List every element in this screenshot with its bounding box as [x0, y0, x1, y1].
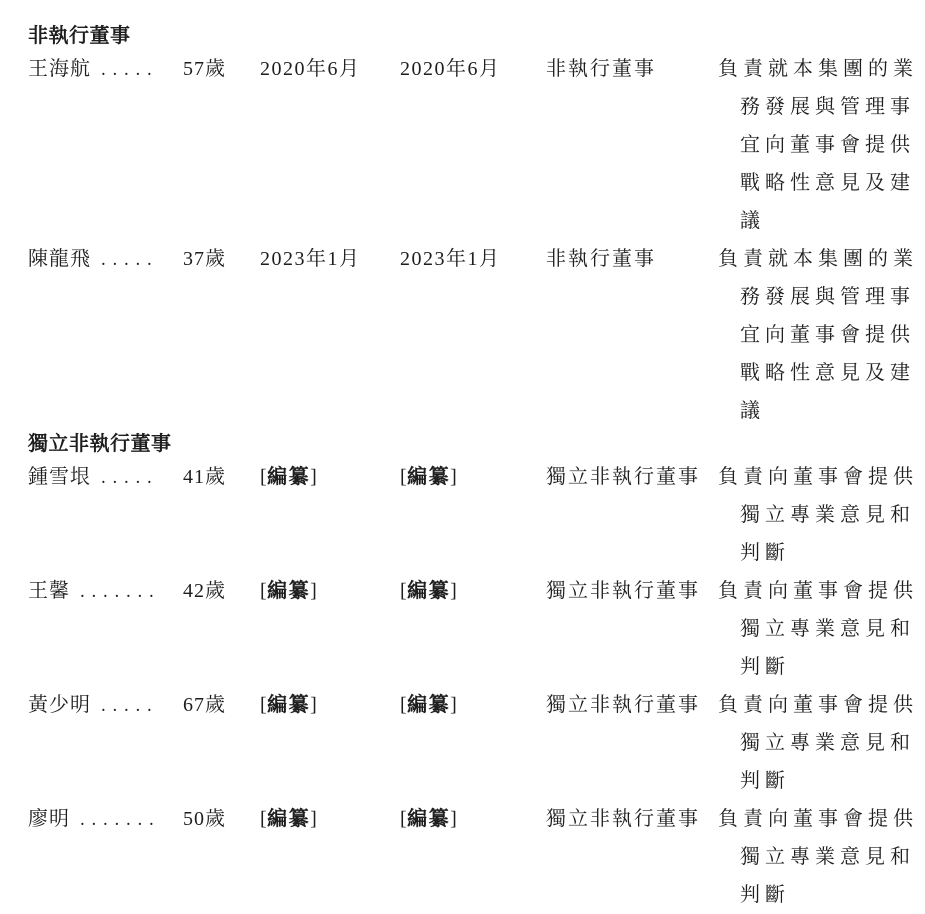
redacted-label: 編纂 [267, 694, 310, 716]
director-row: 王海航. . . . . 57歲 2020年6月 2020年6月 非執行董事 負… [28, 50, 925, 240]
director-age: 37歲 [183, 240, 260, 430]
dot-leader: . . . . . [91, 249, 153, 270]
date-joined-group-redacted: [編纂] [260, 572, 400, 686]
director-position: 獨立非執行董事 [546, 686, 718, 800]
director-duties: 負責就本集團的業務發展與管理事宜向董事會提供戰略性意見及建議 [718, 50, 925, 240]
bracket-close: ] [310, 694, 317, 716]
redacted-label: 編纂 [267, 466, 310, 488]
dot-leader: . . . . . [91, 695, 153, 716]
section-header-non-executive-directors: 非執行董事 [28, 22, 925, 50]
director-name: 王海航 [28, 58, 91, 80]
director-row: 廖明. . . . . . . 50歲 [編纂] [編纂] 獨立非執行董事 負責… [28, 800, 925, 914]
directors-table-page: 非執行董事 王海航. . . . . 57歲 2020年6月 2020年6月 非… [0, 0, 925, 914]
director-age: 67歲 [183, 686, 260, 800]
director-age: 57歲 [183, 50, 260, 240]
director-row: 黃少明. . . . . 67歲 [編纂] [編纂] 獨立非執行董事 負責向董事… [28, 686, 925, 800]
director-name: 黃少明 [28, 694, 91, 716]
director-row: 陳龍飛. . . . . 37歲 2023年1月 2023年1月 非執行董事 負… [28, 240, 925, 430]
bracket-close: ] [450, 466, 457, 488]
director-row: 王馨. . . . . . . 42歲 [編纂] [編纂] 獨立非執行董事 負責… [28, 572, 925, 686]
redacted-label: 編纂 [407, 808, 450, 830]
director-age: 41歲 [183, 458, 260, 572]
director-duties: 負責向董事會提供獨立專業意見和判斷 [718, 458, 925, 572]
redacted-label: 編纂 [407, 694, 450, 716]
date-appointed-director-redacted: [編纂] [400, 686, 546, 800]
director-name-cell: 黃少明. . . . . [28, 686, 183, 800]
director-position: 獨立非執行董事 [546, 458, 718, 572]
bracket-close: ] [310, 580, 317, 602]
director-name-cell: 王海航. . . . . [28, 50, 183, 240]
director-name: 鍾雪垠 [28, 466, 91, 488]
redacted-label: 編纂 [407, 580, 450, 602]
director-position: 獨立非執行董事 [546, 572, 718, 686]
director-name-cell: 王馨. . . . . . . [28, 572, 183, 686]
director-duties: 負責向董事會提供獨立專業意見和判斷 [718, 686, 925, 800]
director-position: 非執行董事 [546, 240, 718, 430]
date-appointed-director-redacted: [編纂] [400, 800, 546, 914]
director-name: 廖明 [28, 808, 70, 830]
date-appointed-director-redacted: [編纂] [400, 572, 546, 686]
date-joined-group: 2023年1月 [260, 240, 400, 430]
dot-leader: . . . . . [91, 59, 153, 80]
bracket-close: ] [450, 694, 457, 716]
date-joined-group-redacted: [編纂] [260, 686, 400, 800]
director-name: 陳龍飛 [28, 248, 91, 270]
bracket-close: ] [310, 466, 317, 488]
bracket-close: ] [450, 808, 457, 830]
date-appointed-director-redacted: [編纂] [400, 458, 546, 572]
director-position: 非執行董事 [546, 50, 718, 240]
director-row: 鍾雪垠. . . . . 41歲 [編纂] [編纂] 獨立非執行董事 負責向董事… [28, 458, 925, 572]
dot-leader: . . . . . . . [70, 581, 155, 602]
director-name: 王馨 [28, 580, 70, 602]
director-name-cell: 鍾雪垠. . . . . [28, 458, 183, 572]
director-duties: 負責就本集團的業務發展與管理事宜向董事會提供戰略性意見及建議 [718, 240, 925, 430]
bracket-close: ] [450, 580, 457, 602]
director-name-cell: 廖明. . . . . . . [28, 800, 183, 914]
director-position: 獨立非執行董事 [546, 800, 718, 914]
redacted-label: 編纂 [267, 580, 310, 602]
date-appointed-director: 2020年6月 [400, 50, 546, 240]
director-age: 50歲 [183, 800, 260, 914]
date-joined-group-redacted: [編纂] [260, 458, 400, 572]
bracket-close: ] [310, 808, 317, 830]
director-name-cell: 陳龍飛. . . . . [28, 240, 183, 430]
director-duties: 負責向董事會提供獨立專業意見和判斷 [718, 800, 925, 914]
dot-leader: . . . . . . . [70, 809, 155, 830]
redacted-label: 編纂 [267, 808, 310, 830]
date-joined-group: 2020年6月 [260, 50, 400, 240]
dot-leader: . . . . . [91, 467, 153, 488]
redacted-label: 編纂 [407, 466, 450, 488]
date-appointed-director: 2023年1月 [400, 240, 546, 430]
director-duties: 負責向董事會提供獨立專業意見和判斷 [718, 572, 925, 686]
date-joined-group-redacted: [編纂] [260, 800, 400, 914]
director-age: 42歲 [183, 572, 260, 686]
section-header-independent-non-executive-directors: 獨立非執行董事 [28, 430, 925, 458]
